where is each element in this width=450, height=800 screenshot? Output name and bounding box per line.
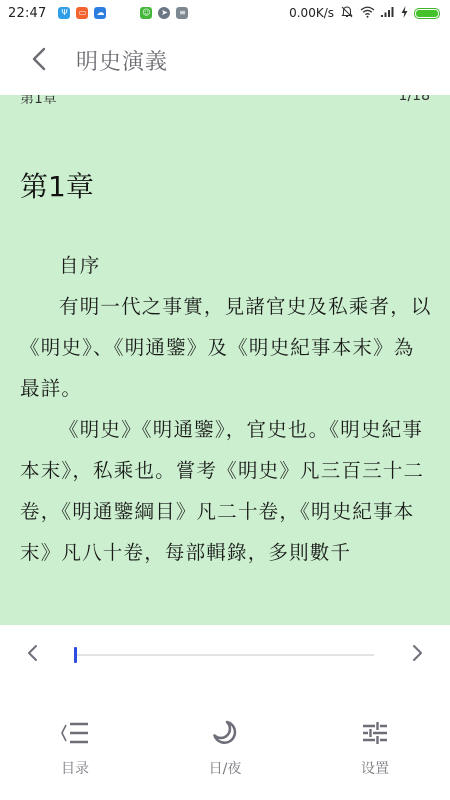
- paragraph: 《明史》《明通鑒》，官史也。《明史紀事本末》，私乘也。嘗考《明史》凡三百三十二卷…: [20, 409, 432, 573]
- chapter-title: 第1章: [20, 165, 94, 205]
- progress-slider[interactable]: [74, 646, 374, 664]
- slider-track: [74, 654, 374, 656]
- status-time: 22:47: [8, 6, 46, 21]
- running-header: 第1章 1/18: [20, 95, 430, 108]
- network-speed: 0.00K/s: [289, 6, 334, 20]
- chevron-left-icon: [26, 644, 38, 666]
- chapter-progress-bar: [0, 625, 450, 685]
- alarm-off-icon: [340, 5, 354, 22]
- slider-thumb[interactable]: [74, 647, 77, 663]
- chevron-right-icon: [412, 644, 424, 666]
- book-title: 明史演義: [76, 45, 168, 76]
- toolbar-label: 设置: [361, 758, 389, 778]
- next-chapter-button[interactable]: [398, 635, 438, 675]
- day-night-toggle-button[interactable]: 日/夜: [150, 700, 300, 800]
- paragraph: 有明一代之事實，見諸官史及私乘者，以《明史》、《明通鑒》及《明史紀事本末》為最詳…: [20, 286, 432, 409]
- shopping-bag-icon: ▭: [76, 7, 88, 19]
- status-bar: 22:47 Ψ ▭ ☁ ☺ ➤ ≡ 0.00K/s: [0, 0, 450, 26]
- page-indicator: 1/18: [399, 95, 430, 108]
- settings-button[interactable]: 设置: [300, 700, 450, 800]
- running-header-chapter: 第1章: [20, 95, 57, 108]
- toolbar-label: 日/夜: [209, 758, 242, 778]
- android-robot-icon: ☺: [140, 7, 152, 19]
- telegram-icon: ➤: [158, 7, 170, 19]
- previous-chapter-button[interactable]: [12, 635, 52, 675]
- chapter-body: 自序 有明一代之事實，見諸官史及私乘者，以《明史》、《明通鑒》及《明史紀事本末》…: [20, 245, 432, 573]
- app-bar: 明史演義: [0, 26, 450, 95]
- charging-icon: [401, 6, 408, 21]
- moon-icon: [212, 718, 238, 748]
- battery-icon: [414, 8, 440, 19]
- usb-icon: Ψ: [58, 7, 70, 19]
- bottom-toolbar: 目录 日/夜 设置: [0, 700, 450, 800]
- cloud-icon: ☁: [94, 7, 106, 19]
- notes-icon: ≡: [176, 7, 188, 19]
- wifi-icon: [360, 6, 375, 21]
- signal-icon: [381, 6, 395, 20]
- table-of-contents-icon: [60, 718, 90, 748]
- back-button[interactable]: [14, 36, 64, 86]
- paragraph: 自序: [20, 245, 432, 286]
- reading-page[interactable]: 第1章 1/18 第1章 自序 有明一代之事實，見諸官史及私乘者，以《明史》、《…: [0, 95, 450, 625]
- table-of-contents-button[interactable]: 目录: [0, 700, 150, 800]
- settings-sliders-icon: [362, 718, 388, 748]
- toolbar-label: 目录: [61, 758, 89, 778]
- chevron-left-icon: [31, 47, 47, 75]
